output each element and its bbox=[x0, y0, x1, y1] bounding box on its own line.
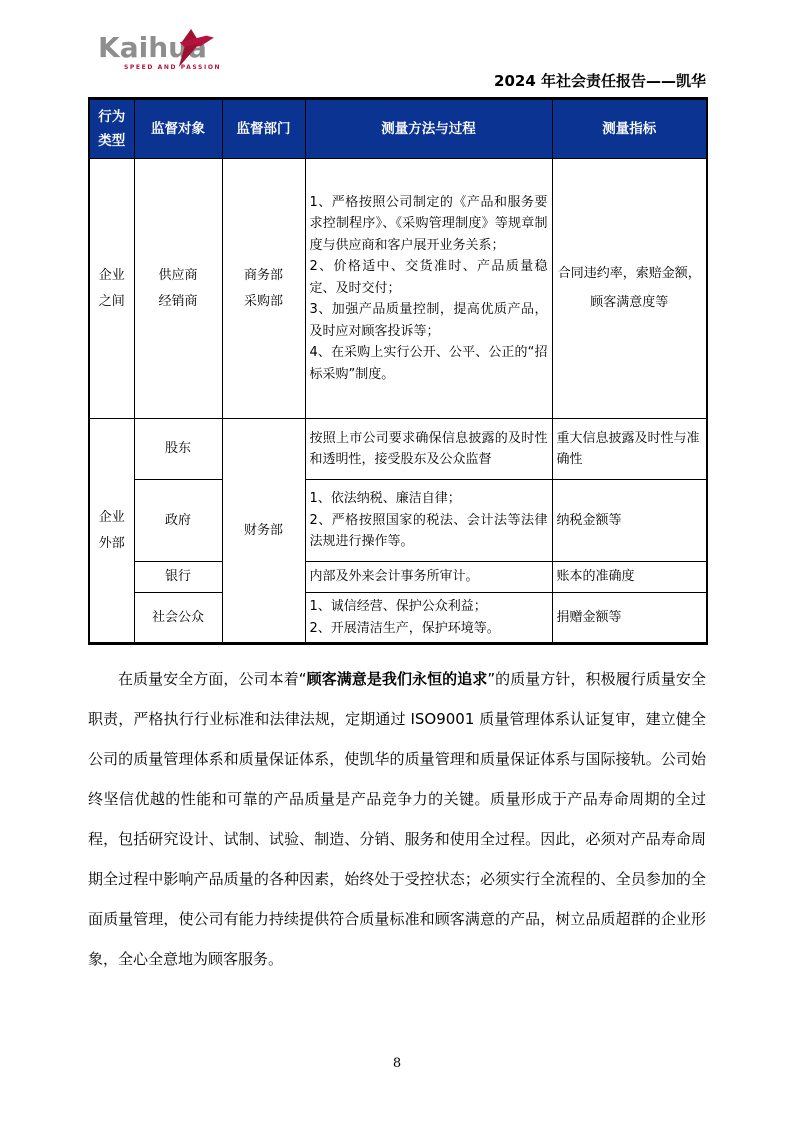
table-row-shareholders: 企业外部 股东 财务部 按照上市公司要求确保信息披露的及时性和透明性，接受股东及… bbox=[89, 419, 707, 480]
report-title: 2024 年社会责任报告——凯华 bbox=[494, 70, 706, 91]
col-header-indicator: 测量指标 bbox=[552, 99, 707, 159]
cell-type: 企业之间 bbox=[89, 159, 134, 419]
table-header-row: 行为类型 监督对象 监督部门 测量方法与过程 测量指标 bbox=[89, 99, 707, 159]
cell-method: 1、依法纳税、廉洁自律； 2、严格按照国家的税法、会计法等法律法规进行操作等。 bbox=[305, 480, 552, 562]
cell-indicator: 账本的准确度 bbox=[552, 562, 707, 593]
table-row-government: 政府 1、依法纳税、廉洁自律； 2、严格按照国家的税法、会计法等法律法规进行操作… bbox=[89, 480, 707, 562]
col-header-behavior-type: 行为类型 bbox=[89, 99, 134, 159]
cell-target: 供应商 经销商 bbox=[134, 159, 222, 419]
cell-type: 企业外部 bbox=[89, 419, 134, 644]
col-header-supervision-dept: 监督部门 bbox=[222, 99, 305, 159]
cell-target: 股东 bbox=[134, 419, 222, 480]
cell-method: 1、诚信经营、保护公众利益； 2、开展清洁生产，保护环境等。 bbox=[305, 593, 552, 644]
body-paragraph: 在质量安全方面，公司本着“顾客满意是我们永恒的追求”的质量方针，积极履行质量安全… bbox=[88, 659, 706, 979]
cell-method: 按照上市公司要求确保信息披露的及时性和透明性，接受股东及公众监督 bbox=[305, 419, 552, 480]
hummingbird-icon bbox=[172, 29, 214, 73]
cell-indicator: 捐赠金额等 bbox=[552, 593, 707, 644]
page-header: Kaihua SPEED AND PASSION 2024 年社会责任报告——凯… bbox=[88, 33, 706, 97]
cell-method: 内部及外来会计事务所审计。 bbox=[305, 562, 552, 593]
cell-method: 1、严格按照公司制定的《产品和服务要求控制程序》、《采购管理制度》等规章制度与供… bbox=[305, 159, 552, 419]
paragraph-text-post: ”的质量方针，积极履行质量安全职责，严格执行行业标准和法律法规，定期通过 ISO… bbox=[88, 670, 706, 968]
table-row-between-enterprises: 企业之间 供应商 经销商 商务部 采购部 1、严格按照公司制定的《产品和服务要求… bbox=[89, 159, 707, 419]
quality-policy-quote: 顾客满意是我们永恒的追求 bbox=[307, 670, 488, 688]
document-page: Kaihua SPEED AND PASSION 2024 年社会责任报告——凯… bbox=[0, 0, 794, 1123]
col-header-supervision-target: 监督对象 bbox=[134, 99, 222, 159]
company-logo: Kaihua SPEED AND PASSION bbox=[98, 33, 228, 71]
paragraph-text-pre: 在质量安全方面，公司本着“ bbox=[118, 670, 307, 688]
supervision-table: 行为类型 监督对象 监督部门 测量方法与过程 测量指标 企业之间 供应商 经销商… bbox=[88, 97, 708, 645]
table-row-public: 社会公众 1、诚信经营、保护公众利益； 2、开展清洁生产，保护环境等。 捐赠金额… bbox=[89, 593, 707, 644]
table-row-bank: 银行 内部及外来会计事务所审计。 账本的准确度 bbox=[89, 562, 707, 593]
cell-dept: 财务部 bbox=[222, 419, 305, 644]
cell-indicator: 合同违约率，索赔金额，顾客满意度等 bbox=[552, 159, 707, 419]
cell-target: 社会公众 bbox=[134, 593, 222, 644]
cell-indicator: 纳税金额等 bbox=[552, 480, 707, 562]
cell-target: 银行 bbox=[134, 562, 222, 593]
cell-indicator: 重大信息披露及时性与准确性 bbox=[552, 419, 707, 480]
col-header-method: 测量方法与过程 bbox=[305, 99, 552, 159]
cell-dept: 商务部 采购部 bbox=[222, 159, 305, 419]
cell-target: 政府 bbox=[134, 480, 222, 562]
page-number: 8 bbox=[0, 1056, 794, 1071]
